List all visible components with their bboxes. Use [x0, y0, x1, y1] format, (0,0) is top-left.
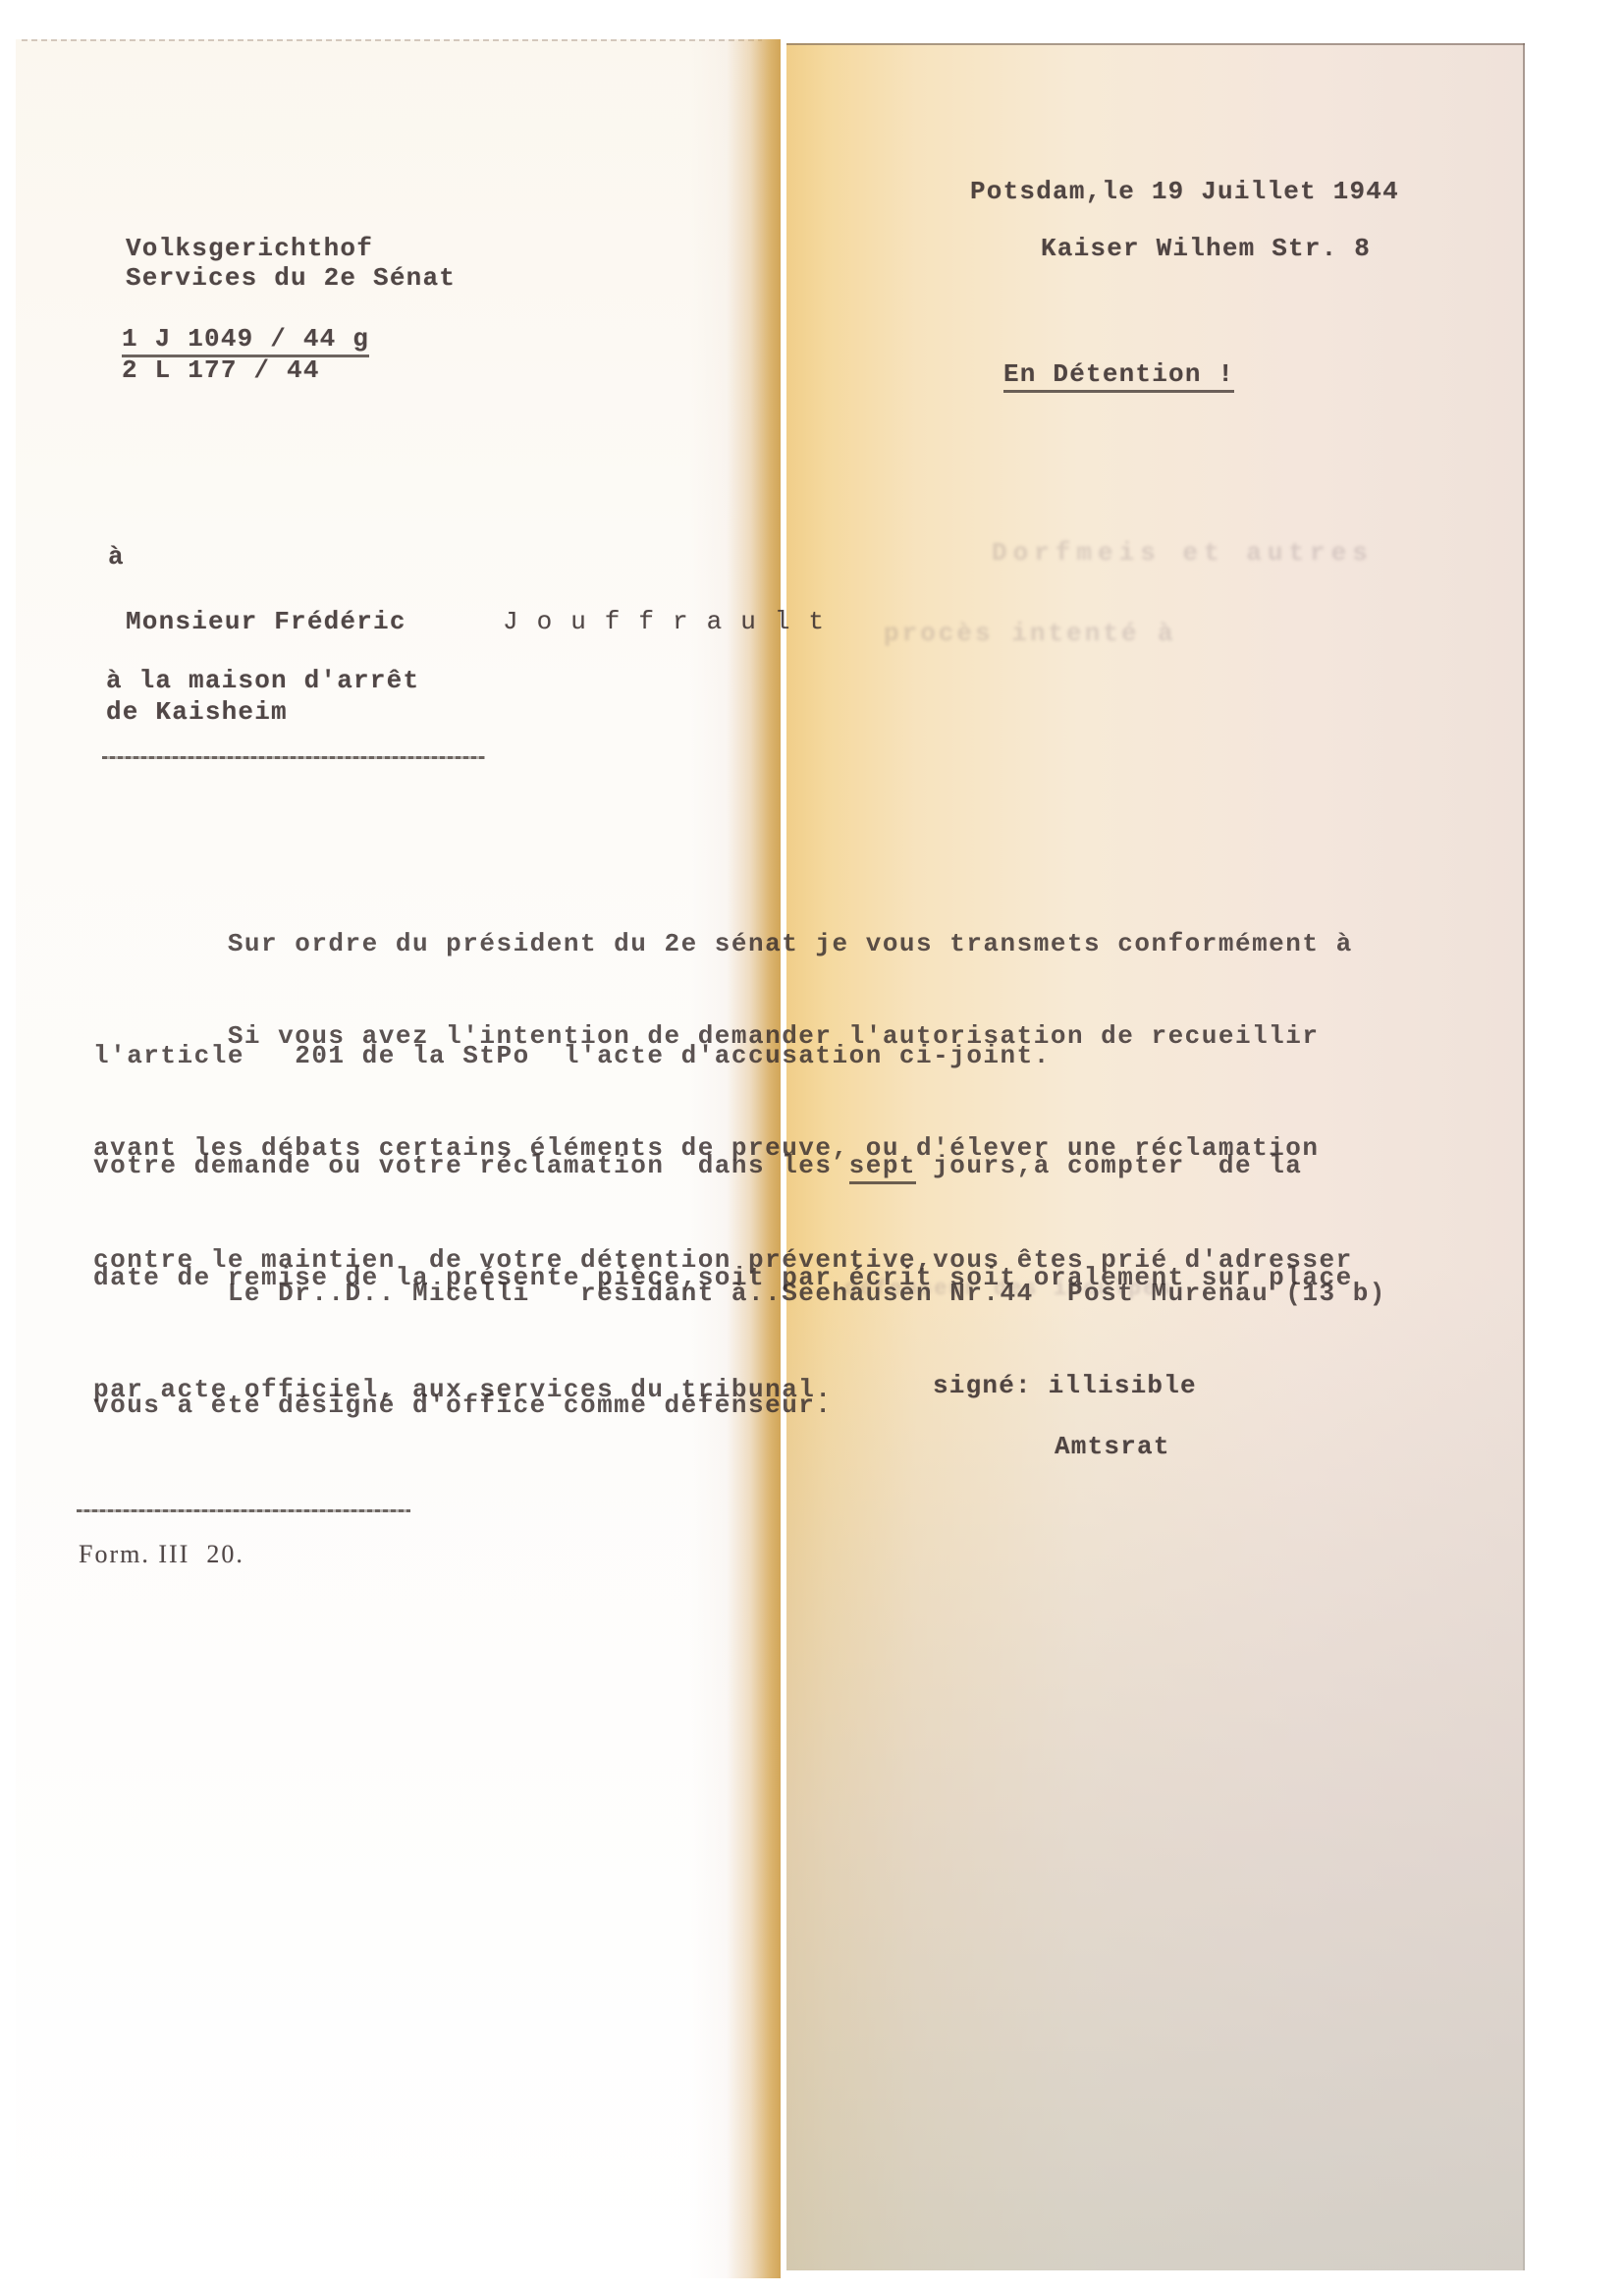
sender-address: Kaiser Wilhem Str. 8: [1041, 234, 1371, 263]
bleed-through-text: procès intenté à: [884, 619, 1176, 648]
recipient-location-line-1: à la maison d'arrêt: [106, 666, 419, 695]
detention-status: En Détention !: [1003, 359, 1234, 393]
bleed-through-text: Dorfmeis et autres: [992, 538, 1374, 568]
text-line: votre demande ou votre réclamation dans …: [93, 1147, 1546, 1184]
form-number: Form. III 20.: [79, 1540, 244, 1569]
text-segment: jours,à compter de la: [916, 1151, 1302, 1180]
department-name: Services du 2e Sénat: [126, 263, 456, 293]
text-line: Le Dr..D.. Micelli résidant à..Seehausen…: [93, 1275, 1546, 1312]
court-name: Volksgerichthof: [126, 234, 373, 263]
recipient-salutation: Monsieur Frédéric: [126, 607, 406, 636]
body-paragraph-4: Le Dr..D.. Micelli résidant à..Seehausen…: [93, 1200, 1546, 1461]
recipient-prefix: à: [108, 542, 125, 572]
divider-rule: [102, 756, 485, 759]
reference-number-secondary: 2 L 177 / 44: [122, 355, 320, 385]
text-segment: votre demande ou votre réclamation dans …: [93, 1151, 849, 1180]
text-line: vous a été désigné d'office comme défens…: [93, 1387, 1546, 1424]
signature-line: signé: illisible: [933, 1371, 1197, 1400]
recipient-location-line-2: de Kaisheim: [106, 697, 288, 727]
paper-edge: [22, 39, 762, 41]
emphasized-deadline: sept: [849, 1151, 916, 1184]
place-date: Potsdam,le 19 Juillet 1944: [970, 177, 1399, 206]
recipient-surname: Jouffrault: [503, 607, 842, 636]
reference-number-primary: 1 J 1049 / 44 g: [122, 324, 369, 357]
footer-rule: [77, 1509, 410, 1512]
signatory-title: Amtsrat: [1055, 1432, 1170, 1461]
text-line: Si vous avez l'intention de demander l'a…: [93, 1017, 1546, 1055]
paper-edge: [783, 43, 1525, 45]
